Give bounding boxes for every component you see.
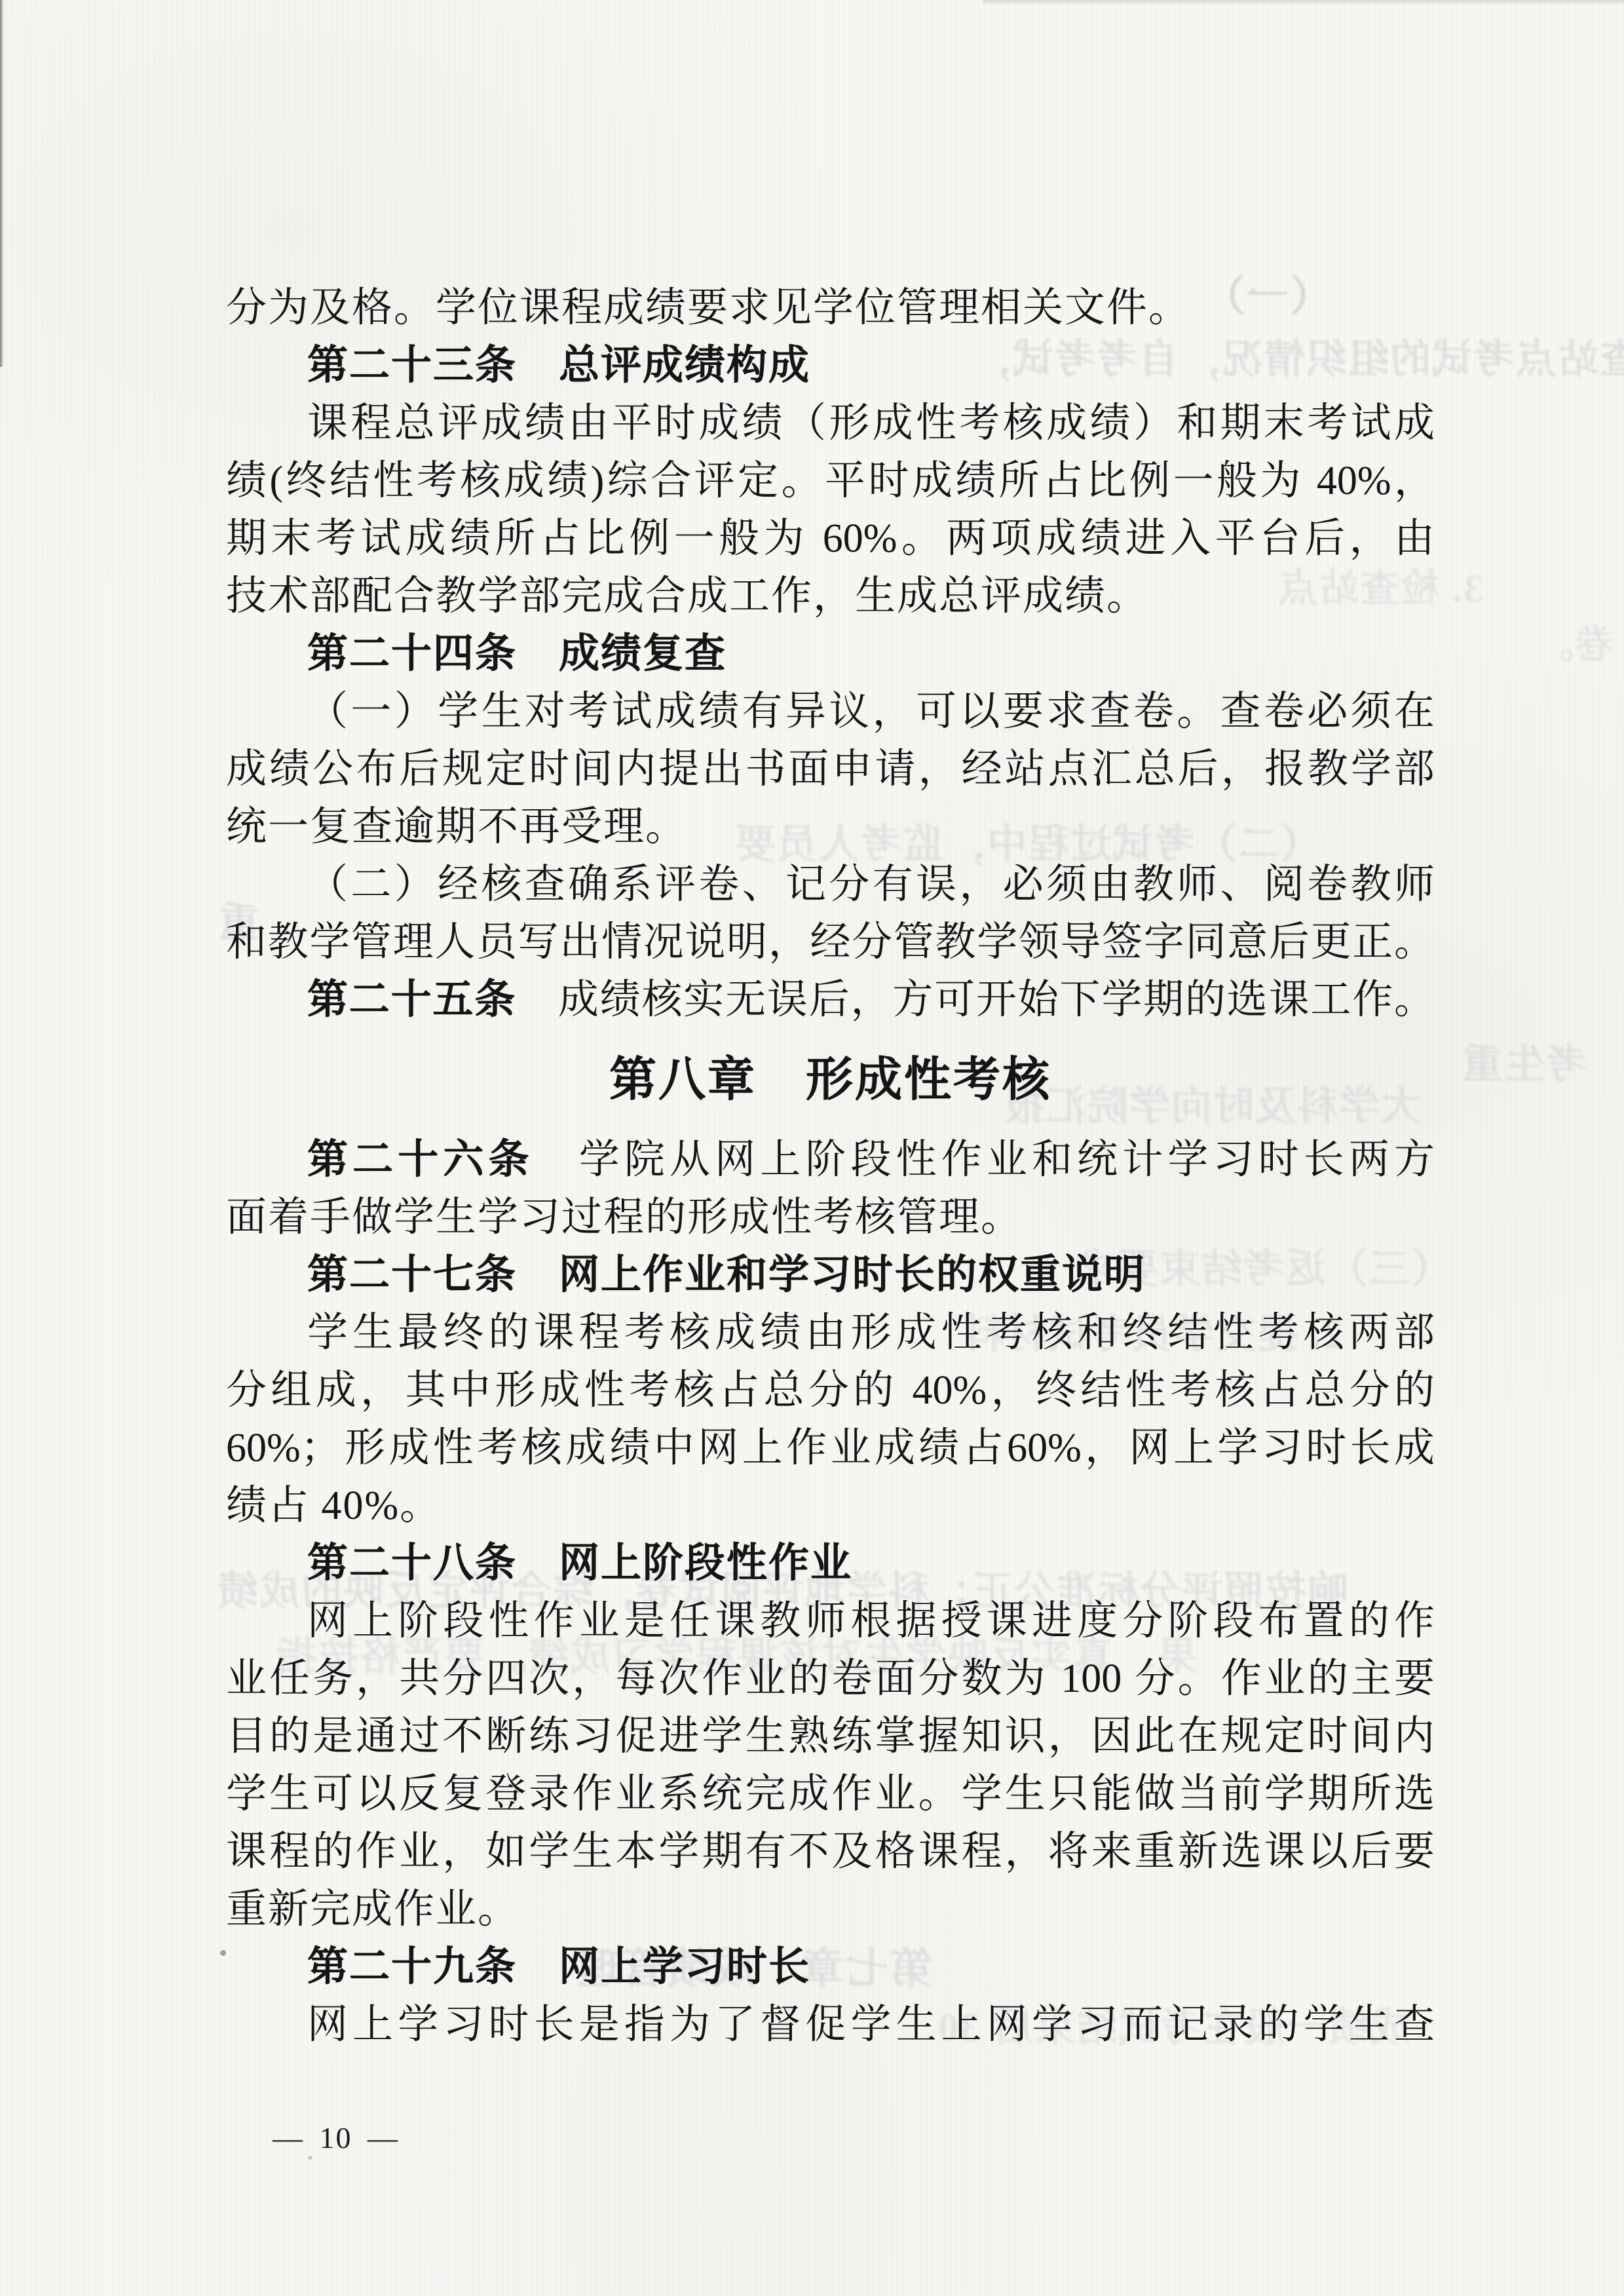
bold-text: 第二十八条 网上阶段性作业 xyxy=(307,1541,852,1586)
text-line: 绩(终结性考核成绩)综合评定。平时成绩所占比例一般为 40%， xyxy=(226,452,1435,510)
body-text: 重新完成作业。 xyxy=(226,1887,519,1932)
body-text: 学院从网上阶段性作业和统计学习时长两方 xyxy=(534,1138,1435,1182)
text-line: 技术部配合教学部完成合成工作，生成总评成绩。 xyxy=(226,567,1435,625)
bleedthrough-text: 卷。 xyxy=(1533,621,1614,668)
text-line: 课程总评成绩由平时成绩（形成性考核成绩）和期末考试成 xyxy=(226,394,1435,452)
body-text: 60%；形成性考核成绩中网上作业成绩占60%，网上学习时长成 xyxy=(226,1426,1435,1470)
text-line: 目的是通过不断练习促进学生熟练掌握知识，因此在规定时间内 xyxy=(226,1708,1435,1765)
text-line: 重新完成作业。 xyxy=(226,1881,1435,1938)
text-line: 网上阶段性作业是任课教师根据授课进度分阶段布置的作 xyxy=(226,1592,1435,1650)
text-line: 第二十八条 网上阶段性作业 xyxy=(226,1535,1435,1592)
text-line: 网上学习时长是指为了督促学生上网学习而记录的学生查 xyxy=(226,1996,1435,2054)
body-text: 网上学习时长是指为了督促学生上网学习而记录的学生查 xyxy=(307,2002,1435,2047)
text-line: 60%；形成性考核成绩中网上作业成绩占60%，网上学习时长成 xyxy=(226,1419,1435,1477)
body-text: 统一复查逾期不再受理。 xyxy=(226,805,687,849)
text-line: 统一复查逾期不再受理。 xyxy=(226,798,1435,856)
text-line: 分组成，其中形成性考核占总分的 40%，终结性考核占总分的 xyxy=(226,1362,1435,1419)
text-line: 课程的作业，如学生本学期有不及格课程，将来重新选课以后要 xyxy=(226,1823,1435,1881)
bold-text: 第二十五条 xyxy=(307,978,516,1022)
chapter-heading: 第八章 形成性考核 xyxy=(226,1046,1435,1114)
text-line: 第二十三条 总评成绩构成 xyxy=(226,337,1435,394)
body-text: 课程总评成绩由平时成绩（形成性考核成绩）和期末考试成 xyxy=(307,401,1435,446)
text-line: 分为及格。学位课程成绩要求见学位管理相关文件。 xyxy=(226,279,1435,337)
bold-text: 第二十三条 总评成绩构成 xyxy=(307,343,810,388)
body-text: 课程的作业，如学生本学期有不及格课程，将来重新选课以后要 xyxy=(226,1829,1435,1874)
text-line: 期末考试成绩所占比例一般为 60%。两项成绩进入平台后，由 xyxy=(226,510,1435,567)
text-line: 成绩公布后规定时间内提出书面申请，经站点汇总后，报教学部 xyxy=(226,740,1435,798)
body-text: 学生最终的课程考核成绩由形成性考核和终结性考核两部 xyxy=(307,1311,1435,1355)
text-line: 第二十六条 学院从网上阶段性作业和统计学习时长两方 xyxy=(226,1131,1435,1189)
text-line: 绩占 40%。 xyxy=(226,1477,1435,1535)
body-text: （二）经核查确系评卷、记分有误，必须由教师、阅卷教师 xyxy=(307,862,1435,907)
page-number: — 10 — xyxy=(273,2120,399,2155)
body-text: 绩占 40%。 xyxy=(226,1483,442,1528)
body-text: 学生可以反复登录作业系统完成作业。学生只能做当前学期所选 xyxy=(226,1772,1435,1816)
text-line: （二）经核查确系评卷、记分有误，必须由教师、阅卷教师 xyxy=(226,856,1435,913)
body-text: 目的是通过不断练习促进学生熟练掌握知识，因此在规定时间内 xyxy=(226,1714,1435,1759)
body-text: 分为及格。学位课程成绩要求见学位管理相关文件。 xyxy=(226,286,1190,330)
text-line: 和教学管理人员写出情况说明，经分管教学领导签字同意后更正。 xyxy=(226,913,1435,971)
text-line: 面着手做学生学习过程的形成性考核管理。 xyxy=(226,1189,1435,1246)
text-block: 分为及格。学位课程成绩要求见学位管理相关文件。第二十三条 总评成绩构成课程总评成… xyxy=(226,0,1435,2054)
body-text: 分组成，其中形成性考核占总分的 40%，终结性考核占总分的 xyxy=(226,1368,1435,1413)
body-text: 业任务，共分四次，每次作业的卷面分数为 100 分。作业的主要 xyxy=(226,1656,1435,1701)
bold-text: 第二十四条 成绩复查 xyxy=(307,632,727,676)
text-line: （一）学生对考试成绩有异议，可以要求查卷。查卷必须在 xyxy=(226,683,1435,740)
body-text: 期末考试成绩所占比例一般为 60%。两项成绩进入平台后，由 xyxy=(226,516,1435,561)
bleedthrough-text: 考生重 xyxy=(1461,1041,1587,1089)
text-line: 业任务，共分四次，每次作业的卷面分数为 100 分。作业的主要 xyxy=(226,1650,1435,1708)
bold-text: 第二十九条 网上学习时长 xyxy=(307,1945,810,1989)
text-line: 第二十五条 成绩核实无误后，方可开始下学期的选课工作。 xyxy=(226,971,1435,1029)
bold-text: 第八章 形成性考核 xyxy=(609,1054,1051,1106)
body-text: 面着手做学生学习过程的形成性考核管理。 xyxy=(226,1195,1023,1240)
page: （一）1. 检查站点考试的组织情况，自考考试，3. 检查站点卷。（二）考试过程中… xyxy=(0,0,1624,2296)
bold-text: 第二十七条 网上作业和学习时长的权重说明 xyxy=(307,1253,1146,1297)
ink-speck xyxy=(308,2156,312,2160)
text-line: 第二十七条 网上作业和学习时长的权重说明 xyxy=(226,1246,1435,1304)
body-text: （一）学生对考试成绩有异议，可以要求查卷。查卷必须在 xyxy=(307,689,1435,734)
ink-speck xyxy=(220,1950,226,1956)
text-line: 第二十四条 成绩复查 xyxy=(226,625,1435,683)
body-text: 成绩核实无误后，方可开始下学期的选课工作。 xyxy=(516,978,1435,1022)
body-text: 成绩公布后规定时间内提出书面申请，经站点汇总后，报教学部 xyxy=(226,747,1435,792)
text-line: 第二十九条 网上学习时长 xyxy=(226,1938,1435,1996)
body-text: 技术部配合教学部完成合成工作，生成总评成绩。 xyxy=(226,574,1148,619)
body-text: 和教学管理人员写出情况说明，经分管教学领导签字同意后更正。 xyxy=(226,920,1435,965)
bold-text: 第二十六条 xyxy=(307,1138,534,1182)
body-text: 绩(终结性考核成绩)综合评定。平时成绩所占比例一般为 40%， xyxy=(226,459,1435,503)
text-line: 学生最终的课程考核成绩由形成性考核和终结性考核两部 xyxy=(226,1304,1435,1362)
text-line: 学生可以反复登录作业系统完成作业。学生只能做当前学期所选 xyxy=(226,1765,1435,1823)
body-text: 网上阶段性作业是任课教师根据授课进度分阶段布置的作 xyxy=(307,1599,1435,1643)
